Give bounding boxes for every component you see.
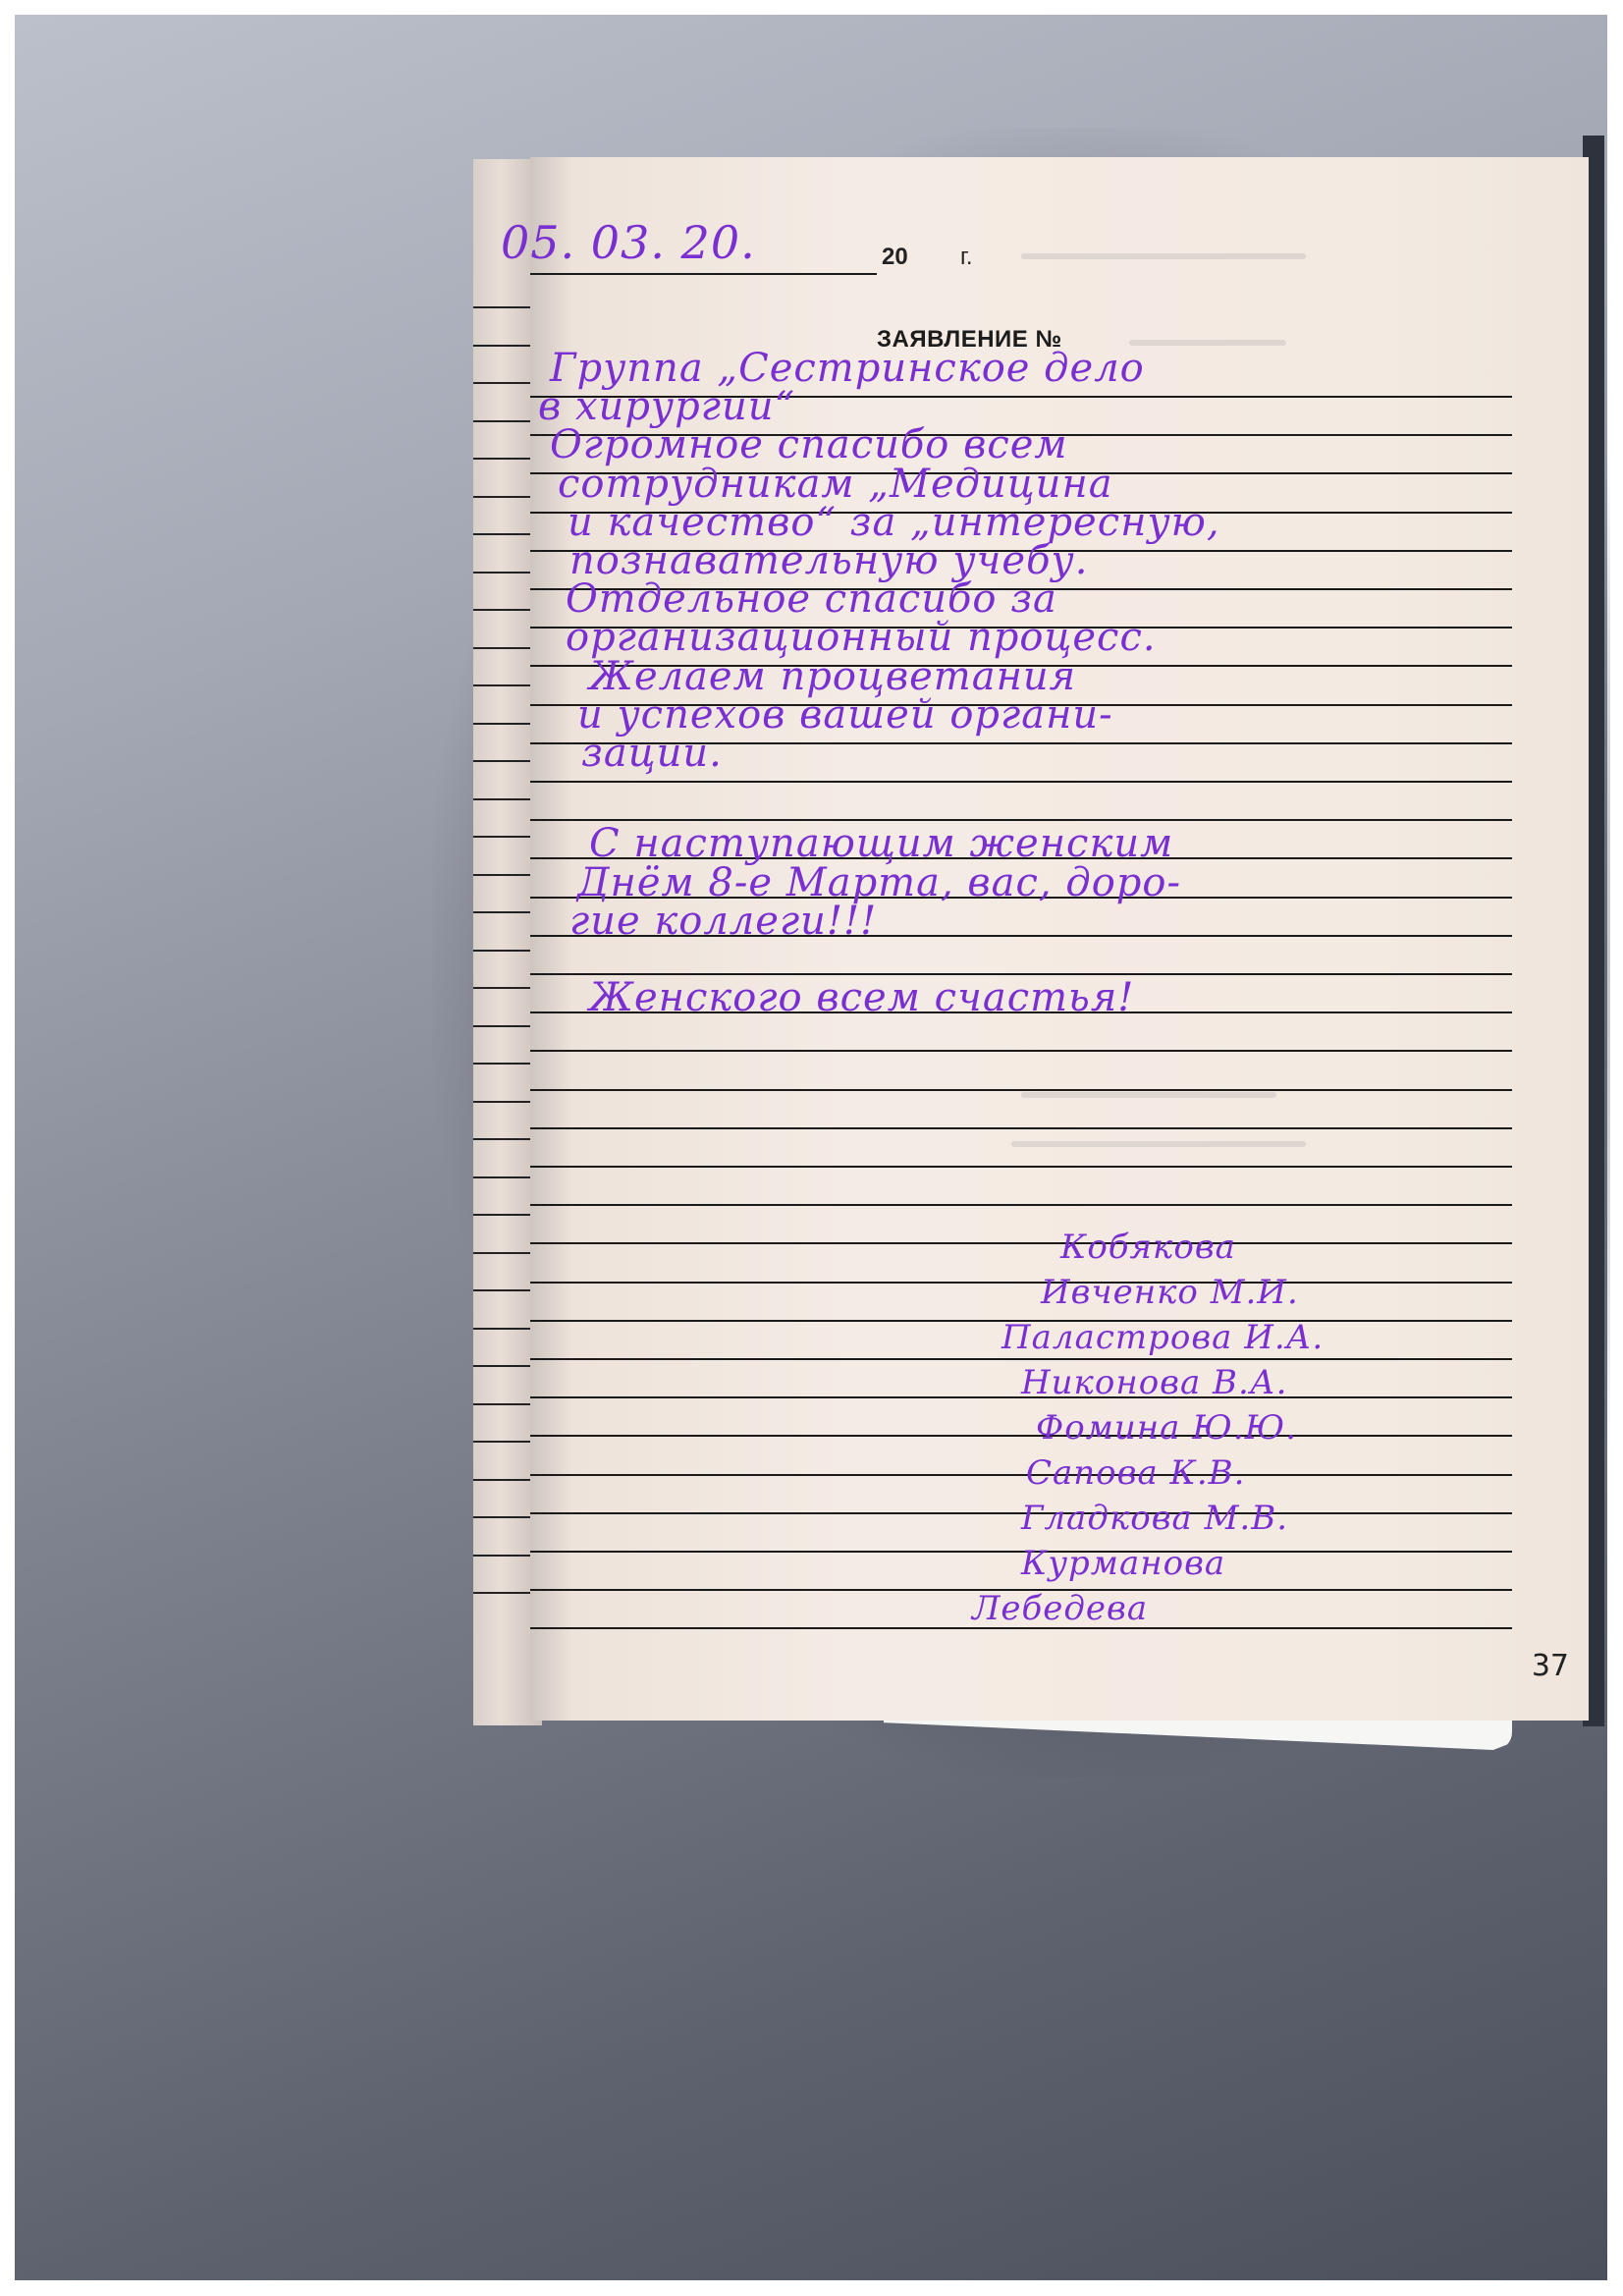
ruled-line bbox=[473, 684, 530, 686]
ruled-line bbox=[530, 1050, 1512, 1052]
ruled-line bbox=[473, 987, 530, 989]
ruled-line bbox=[473, 1138, 530, 1140]
bleed-through-print bbox=[1021, 253, 1306, 259]
ruled-line bbox=[473, 1176, 530, 1178]
ruled-line bbox=[473, 1328, 530, 1330]
ruled-line bbox=[530, 1358, 1512, 1360]
ruled-line bbox=[473, 306, 530, 308]
ruled-line bbox=[473, 1289, 530, 1291]
ruled-line bbox=[473, 836, 530, 838]
ruled-line bbox=[530, 1474, 1512, 1476]
ruled-line bbox=[473, 1214, 530, 1216]
ruled-line bbox=[473, 345, 530, 347]
ruled-line bbox=[473, 458, 530, 460]
ruled-line bbox=[473, 1592, 530, 1594]
ruled-line bbox=[473, 874, 530, 876]
handwritten-line: Женского всем счастья! bbox=[589, 975, 1134, 1020]
signature: Кобякова bbox=[1060, 1228, 1236, 1267]
ruled-line bbox=[473, 647, 530, 649]
ruled-line bbox=[530, 1127, 1512, 1129]
ruled-line bbox=[530, 1089, 1512, 1091]
page-number: 37 bbox=[1532, 1649, 1569, 1683]
ruled-line bbox=[473, 496, 530, 498]
ruled-line bbox=[473, 382, 530, 384]
signature: Курманова bbox=[1021, 1544, 1225, 1583]
notebook-page: 05. 03. 20. 20 г. ЗАЯВЛЕНИЕ № Группа „Се… bbox=[530, 157, 1589, 1721]
bleed-through-print bbox=[1021, 1092, 1276, 1098]
signature: Ивченко М.И. bbox=[1041, 1273, 1299, 1312]
date-underline bbox=[530, 273, 877, 275]
ruled-line bbox=[530, 1435, 1512, 1437]
ruled-line bbox=[473, 1403, 530, 1405]
bleed-through-print bbox=[1129, 340, 1286, 346]
ruled-line bbox=[473, 572, 530, 574]
ruled-line bbox=[473, 1516, 530, 1518]
ruled-line bbox=[530, 1242, 1512, 1244]
ruled-line bbox=[473, 420, 530, 422]
signature: Фомина Ю.Ю. bbox=[1036, 1408, 1297, 1448]
bleed-through-print bbox=[1011, 1141, 1306, 1147]
ruled-line bbox=[473, 1101, 530, 1103]
handwritten-line: гие коллеги!!! bbox=[569, 899, 877, 944]
ruled-line bbox=[473, 911, 530, 913]
ruled-line bbox=[473, 950, 530, 952]
signature: Гладкова М.В. bbox=[1021, 1499, 1288, 1538]
ruled-line bbox=[530, 1282, 1512, 1284]
ruled-line bbox=[530, 781, 1512, 783]
ruled-line bbox=[530, 1166, 1512, 1168]
ruled-line bbox=[473, 1252, 530, 1254]
ruled-line bbox=[530, 1204, 1512, 1206]
ruled-line bbox=[473, 1479, 530, 1481]
year-prefix: 20 bbox=[882, 244, 908, 271]
ruled-line bbox=[473, 1441, 530, 1443]
ruled-line bbox=[473, 798, 530, 800]
ruled-line bbox=[473, 1555, 530, 1557]
ruled-line bbox=[473, 1365, 530, 1367]
handwritten-line: зации. bbox=[581, 731, 723, 776]
ruled-line bbox=[473, 760, 530, 762]
signature: Сапова К.В. bbox=[1026, 1453, 1245, 1493]
signature: Никонова В.А. bbox=[1021, 1363, 1287, 1402]
signature: Паластрова И.А. bbox=[1001, 1318, 1324, 1357]
signature: Лебедева bbox=[972, 1589, 1148, 1628]
ruled-line bbox=[473, 533, 530, 535]
year-suffix: г. bbox=[960, 244, 973, 271]
ruled-line bbox=[473, 1025, 530, 1027]
ruled-line bbox=[473, 723, 530, 725]
ruled-line bbox=[473, 1063, 530, 1065]
ruled-line bbox=[473, 609, 530, 611]
handwritten-date: 05. 03. 20. bbox=[501, 216, 756, 269]
